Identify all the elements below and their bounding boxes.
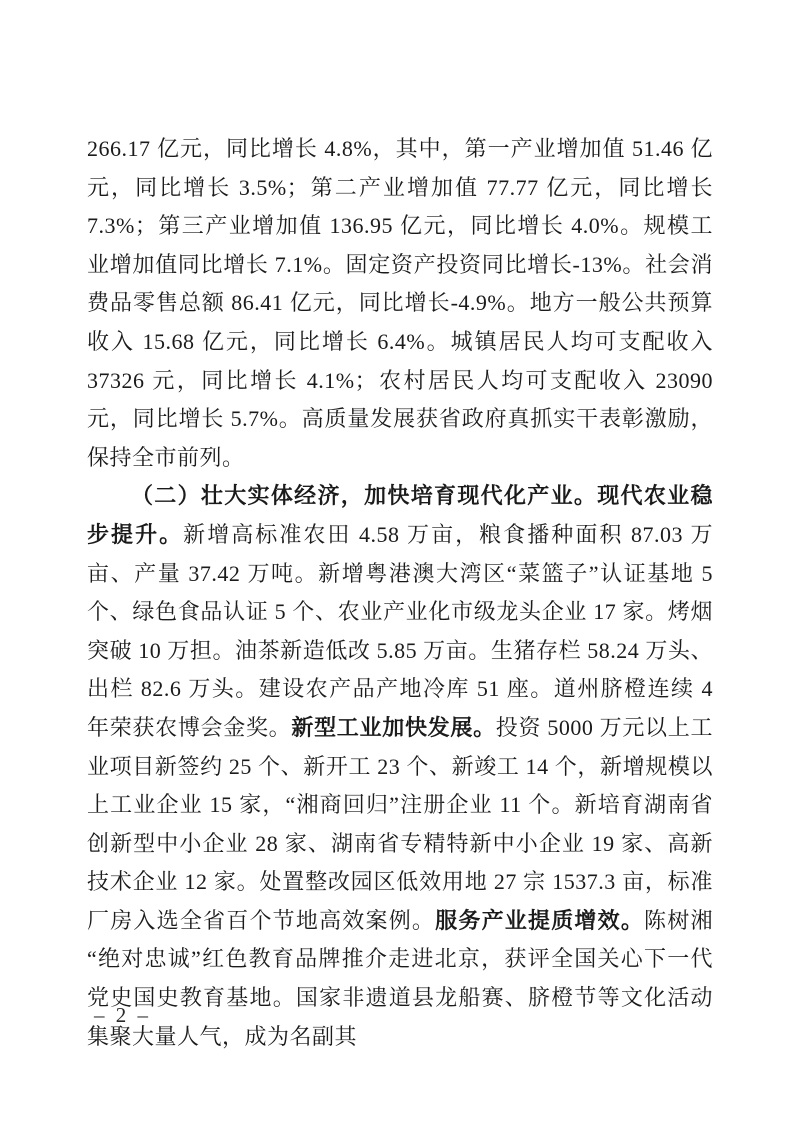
paragraph-economic-indicators: 266.17 亿元，同比增长 4.8%，其中，第一产业增加值 51.46 亿元，… — [87, 130, 713, 477]
document-body: 266.17 亿元，同比增长 4.8%，其中，第一产业增加值 51.46 亿元，… — [87, 130, 713, 1056]
document-page: 266.17 亿元，同比增长 4.8%，其中，第一产业增加值 51.46 亿元，… — [0, 0, 793, 1122]
subsection-heading-services: 服务产业提质增效。 — [435, 908, 644, 933]
page-number: – 2 – — [94, 1002, 151, 1028]
body-text: 投资 5000 万元以上工业项目新签约 25 个、新开工 23 个、新竣工 14… — [87, 715, 713, 933]
body-text: 新增高标准农田 4.58 万亩，粮食播种面积 87.03 万亩、产量 37.42… — [87, 522, 713, 740]
subsection-heading-industry: 新型工业加快发展。 — [291, 715, 495, 740]
paragraph-section-two: （二）壮大实体经济，加快培育现代化产业。现代农业稳步提升。新增高标准农田 4.5… — [87, 477, 713, 1056]
body-text: 266.17 亿元，同比增长 4.8%，其中，第一产业增加值 51.46 亿元，… — [87, 136, 713, 470]
section-heading: （二）壮大实体经济，加快培育现代化产业。 — [131, 483, 597, 508]
